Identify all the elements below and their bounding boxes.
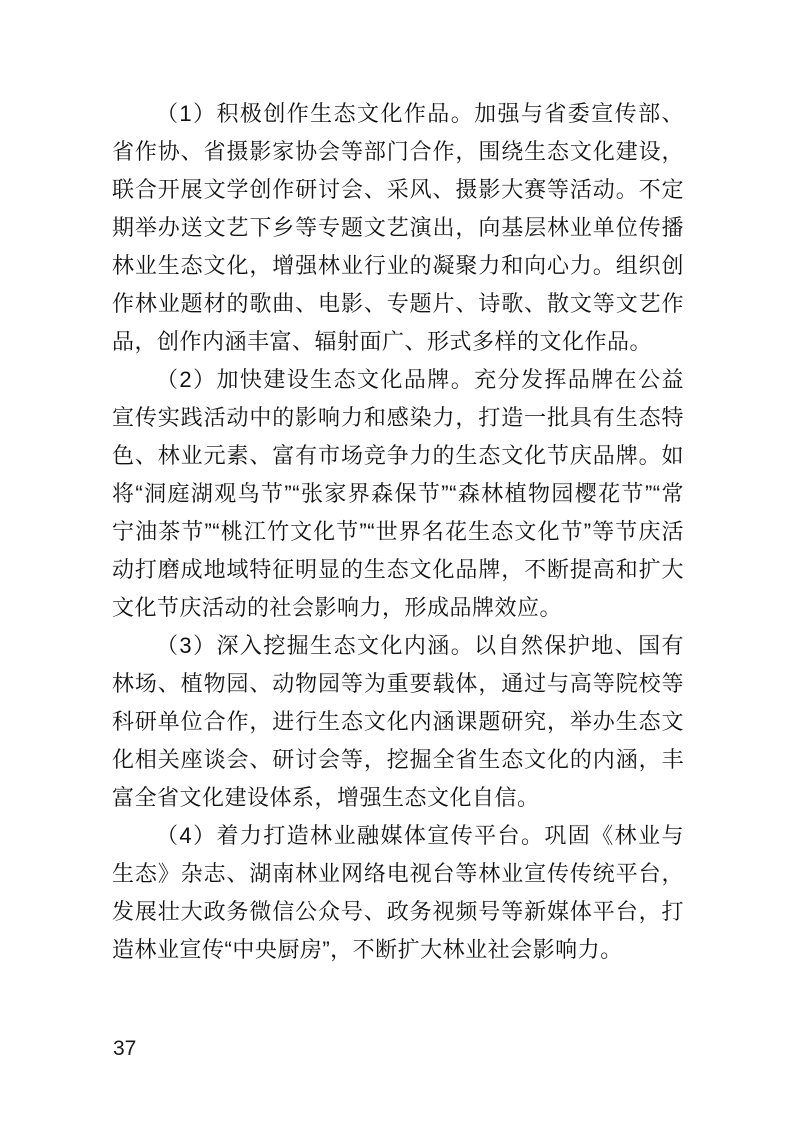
document-body: （1）积极创作生态文化作品。加强与省委宣传部、省作协、省摄影家协会等部门合作，围… xyxy=(112,95,684,969)
paragraph: （3）深入挖掘生态文化内涵。以自然保护地、国有林场、植物园、动物园等为重要载体，… xyxy=(112,627,684,817)
document-page: （1）积极创作生态文化作品。加强与省委宣传部、省作协、省摄影家协会等部门合作，围… xyxy=(0,0,793,1122)
paragraph: （4）着力打造林业融媒体宣传平台。巩固《林业与生态》杂志、湖南林业网络电视台等林… xyxy=(112,817,684,969)
page-number: 37 xyxy=(113,1036,136,1062)
paragraph: （1）积极创作生态文化作品。加强与省委宣传部、省作协、省摄影家协会等部门合作，围… xyxy=(112,95,684,361)
paragraph: （2）加快建设生态文化品牌。充分发挥品牌在公益宣传实践活动中的影响力和感染力，打… xyxy=(112,361,684,627)
